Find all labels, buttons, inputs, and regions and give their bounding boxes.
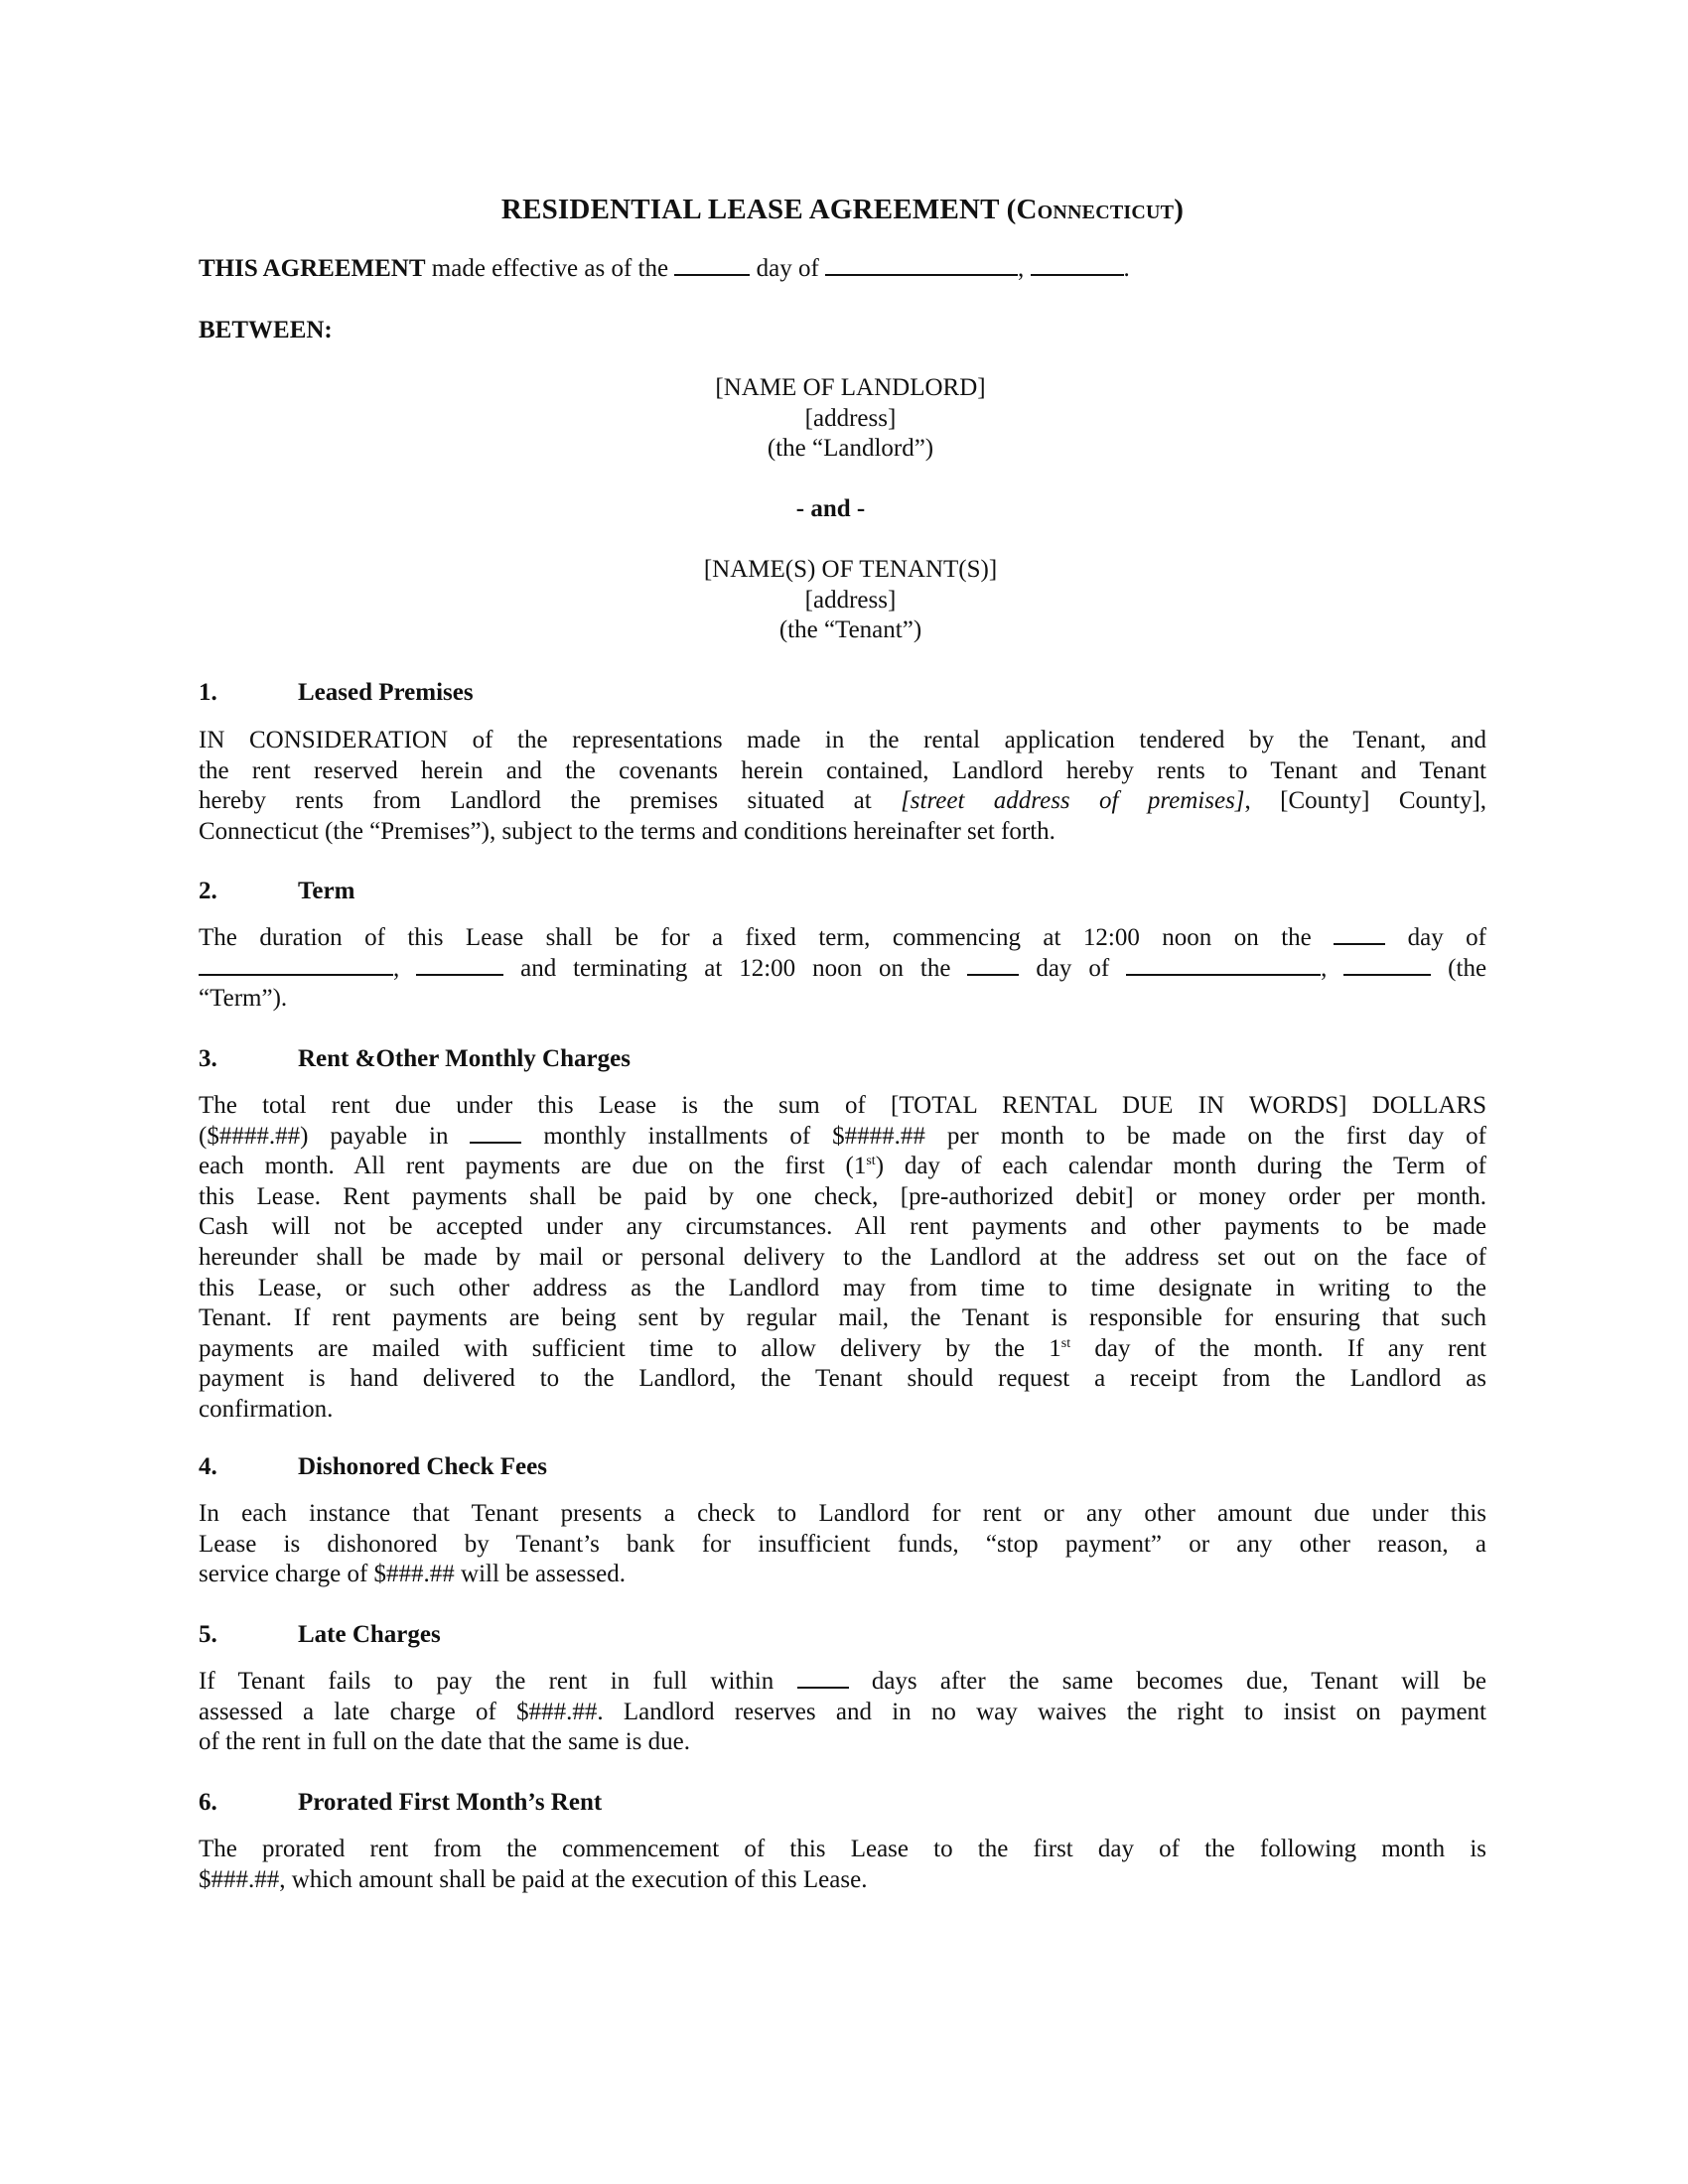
section-1-body: IN CONSIDERATION of the representations … (199, 726, 1486, 847)
section-6-heading: 6.Prorated First Month’s Rent (199, 1788, 602, 1818)
tenant-name: [NAME(S) OF TENANT(S)] (207, 555, 1494, 586)
section-6-body: The prorated rent from the commencement … (199, 1835, 1486, 1895)
section-5-heading: 5.Late Charges (199, 1620, 441, 1650)
section-5-body: If Tenant fails to pay the rent in full … (199, 1667, 1486, 1758)
intro-text-3: , (1018, 255, 1031, 282)
section-title: Leased Premises (298, 679, 474, 706)
landlord-defined-as: (the “Landlord”) (207, 434, 1494, 465)
term-end-year-blank[interactable] (1343, 954, 1431, 976)
section-1-heading: 1.Leased Premises (199, 678, 474, 708)
landlord-address: [address] (207, 404, 1494, 435)
term-start-month-blank[interactable] (199, 954, 393, 976)
intro-text-1: made effective as of the (426, 255, 675, 282)
term-start-day-blank[interactable] (1334, 923, 1385, 945)
document-title: RESIDENTIAL LEASE AGREEMENT (Connecticut… (199, 195, 1486, 225)
tenant-block: [NAME(S) OF TENANT(S)] [address] (the “T… (207, 555, 1494, 646)
and-separator: - and - (187, 494, 1475, 525)
premises-address-placeholder: [street address of premises] (901, 787, 1244, 814)
section-2-body: The duration of this Lease shall be for … (199, 923, 1486, 1015)
intro-text-2: day of (750, 255, 825, 282)
term-end-day-blank[interactable] (967, 954, 1019, 976)
effective-day-blank[interactable] (674, 254, 750, 276)
between-label: BETWEEN: (199, 316, 1486, 346)
term-end-month-blank[interactable] (1126, 954, 1321, 976)
section-3-body: The total rent due under this Lease is t… (199, 1091, 1486, 1426)
section-2-heading: 2.Term (199, 877, 354, 906)
tenant-address: [address] (207, 586, 1494, 616)
section-number: 1. (199, 678, 298, 709)
section-4-heading: 4.Dishonored Check Fees (199, 1452, 547, 1482)
late-days-blank[interactable] (797, 1667, 849, 1689)
landlord-block: [NAME OF LANDLORD] [address] (the “Landl… (207, 373, 1494, 465)
installments-count-blank[interactable] (470, 1122, 521, 1144)
effective-month-blank[interactable] (825, 254, 1018, 276)
term-start-year-blank[interactable] (416, 954, 503, 976)
section-4-body: In each instance that Tenant presents a … (199, 1499, 1486, 1590)
section-3-heading: 3.Rent &Other Monthly Charges (199, 1044, 631, 1074)
title-main: RESIDENTIAL LEASE AGREEMENT (501, 194, 999, 225)
landlord-name: [NAME OF LANDLORD] (207, 373, 1494, 404)
intro-lead: THIS AGREEMENT (199, 255, 426, 282)
tenant-defined-as: (the “Tenant”) (207, 615, 1494, 646)
intro-text-4: . (1124, 255, 1130, 282)
effective-year-blank[interactable] (1031, 254, 1124, 276)
agreement-intro: THIS AGREEMENT made effective as of the … (199, 254, 1486, 285)
title-state: (Connecticut) (1007, 194, 1184, 225)
